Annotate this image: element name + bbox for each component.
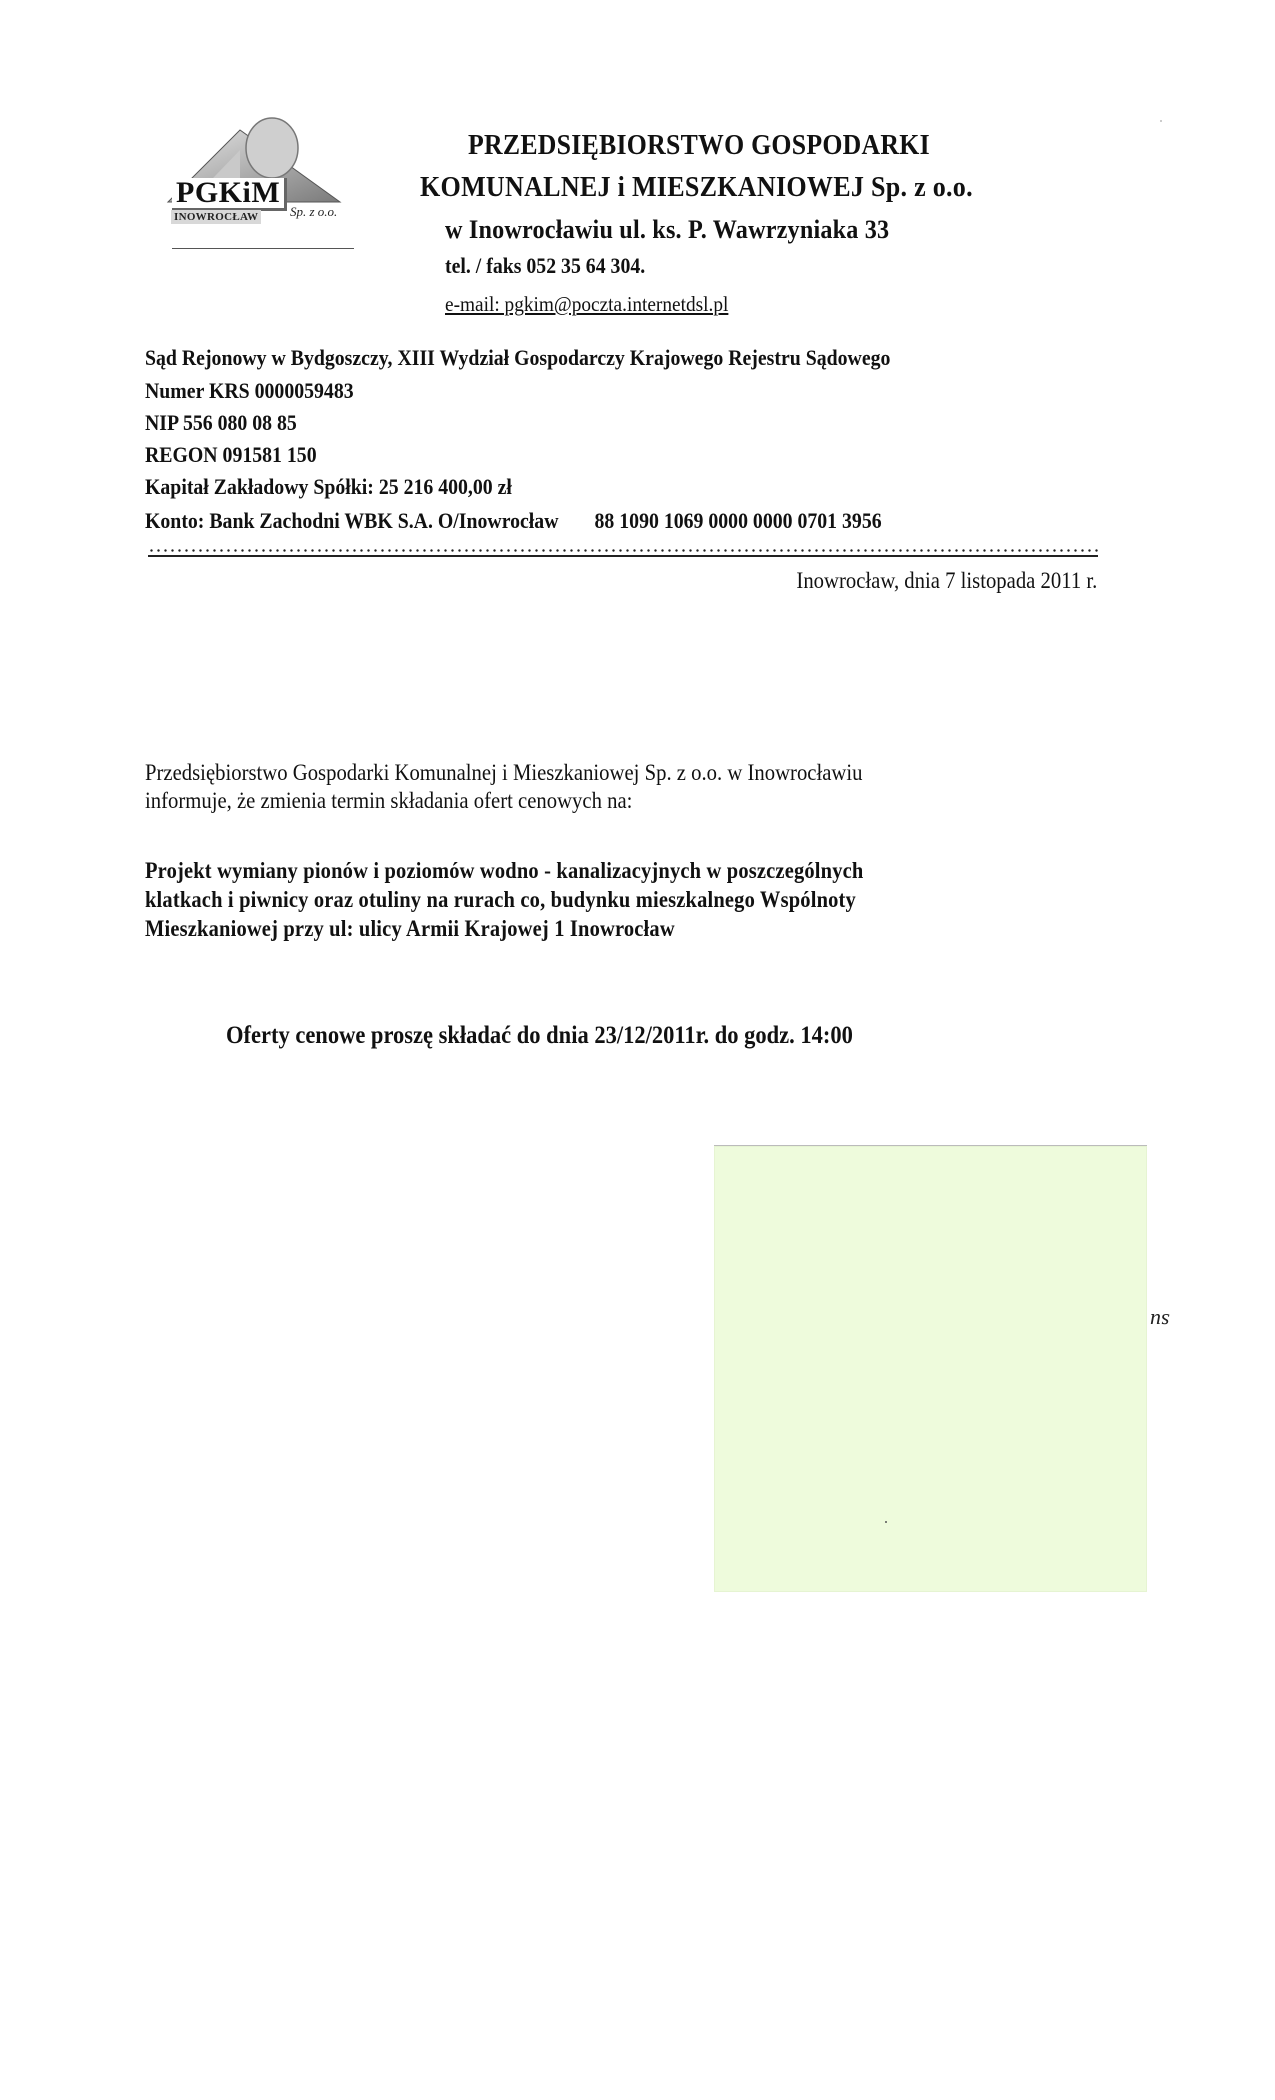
company-address: w Inowrocławiu ul. ks. P. Wawrzyniaka 33 — [445, 215, 889, 245]
sticky-note — [714, 1145, 1147, 1592]
dotted-separator — [148, 549, 1098, 552]
company-email-link[interactable]: e-mail: pgkim@poczta.internetdsl.pl — [445, 292, 728, 317]
registry-nip: NIP 556 080 08 85 — [145, 410, 297, 436]
logo-abbreviation: PGKiM — [172, 178, 287, 211]
company-name-line-1: PRZEDSIĘBIORSTWO GOSPODARKI — [468, 130, 930, 162]
project-line-1: Projekt wymiany pionów i poziomów wodno … — [145, 858, 863, 884]
intro-line-1: Przedsiębiorstwo Gospodarki Komunalnej i… — [145, 760, 862, 786]
offer-deadline: Oferty cenowe proszę składać do dnia 23/… — [226, 1022, 853, 1050]
company-phone: tel. / faks 052 35 64 304. — [445, 253, 645, 279]
registry-account: Konto: Bank Zachodni WBK S.A. O/Inowrocł… — [145, 508, 882, 534]
company-name-line-2: KOMUNALNEJ i MIESZKANIOWEJ Sp. z o.o. — [420, 172, 973, 204]
registry-krs: Numer KRS 0000059483 — [145, 378, 354, 404]
intro-line-2: informuje, że zmienia termin składania o… — [145, 788, 632, 814]
account-number: 88 1090 1069 0000 0000 0701 3956 — [595, 508, 882, 533]
registry-regon: REGON 091581 150 — [145, 442, 317, 468]
logo-underline — [172, 248, 354, 249]
project-line-3: Mieszkaniowej przy ul: ulicy Armii Krajo… — [145, 916, 675, 942]
document-date: Inowrocław, dnia 7 listopada 2011 r. — [796, 568, 1097, 594]
logo-suffix: Sp. z o.o. — [290, 204, 337, 220]
company-logo: PGKiM Sp. z o.o. INOWROCŁAW — [150, 112, 365, 252]
project-line-2: klatkach i piwnicy oraz otuliny na rurac… — [145, 887, 856, 913]
scan-speck-top — [1160, 120, 1162, 122]
scan-speck — [885, 1521, 887, 1523]
account-bank-label: Konto: Bank Zachodni WBK S.A. O/Inowrocł… — [145, 508, 559, 533]
registry-capital: Kapitał Zakładowy Spółki: 25 216 400,00 … — [145, 474, 512, 500]
header-separator-line — [148, 555, 1098, 557]
logo-city: INOWROCŁAW — [171, 210, 261, 224]
registry-court: Sąd Rejonowy w Bydgoszczy, XIII Wydział … — [145, 345, 890, 371]
note-text-fragment: su — [1150, 1308, 1170, 1334]
